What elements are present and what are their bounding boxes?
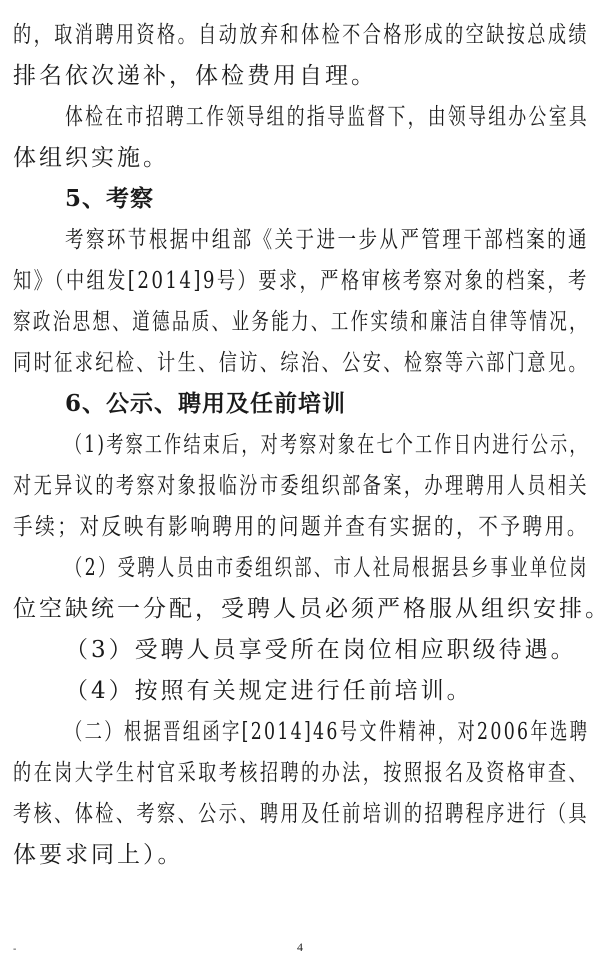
paragraph-line: 体组织实施。 xyxy=(13,145,169,171)
paragraph-line: 考察环节根据中组部《关于进一步从严管理干部档案的通 xyxy=(65,227,589,253)
paragraph-line: 体检在市招聘工作领导组的指导监督下，由领导组办公室具 xyxy=(65,104,589,130)
paragraph-line: （1)考察工作结束后，对考察对象在七个工作日内进行公示， xyxy=(65,432,589,458)
paragraph-line: 排名依次递补，体检费用自理。 xyxy=(13,63,377,89)
paragraph-line: 同时征求纪检、计生、信访、综治、公安、检察等六部门意见。 xyxy=(13,350,589,376)
paragraph-line: （2）受聘人员由市委组织部、市人社局根据县乡事业单位岗 xyxy=(65,555,589,581)
paragraph-line: 手续；对反映有影响聘用的问题并查有实据的，不予聘用。 xyxy=(13,514,589,540)
paragraph-line: 对无异议的考察对象报临汾市委组织部备案，办理聘用人员相关 xyxy=(13,473,589,499)
paragraph-line: 的在岗大学生村官采取考核招聘的办法，按照报名及资格审查、 xyxy=(13,760,589,786)
paragraph-line: 的，取消聘用资格。自动放弃和体检不合格形成的空缺按总成绩 xyxy=(13,22,589,48)
paragraph-line: 察政治思想、道德品质、业务能力、工作实绩和廉洁自律等情况， xyxy=(13,309,589,335)
paragraph-line: 体要求同上）。 xyxy=(13,842,184,868)
paragraph-line: （4）按照有关规定进行任前培训。 xyxy=(65,678,473,704)
paragraph-line: 考核、体检、考察、公示、聘用及任前培训的招聘程序进行（具 xyxy=(13,801,589,827)
footer-mark: - xyxy=(13,944,16,955)
section-heading: 5、考察 xyxy=(65,186,154,212)
paragraph-line: （二）根据晋组函字[2014]46号文件精神，对2006年选聘 xyxy=(65,719,589,745)
paragraph-line: （3）受聘人员享受所在岗位相应职级待遇。 xyxy=(65,637,577,663)
paragraph-line: 知》（中组发[2014]9号）要求，严格审核考察对象的档案，考 xyxy=(13,268,589,294)
paragraph-line: 位空缺统一分配，受聘人员必须严格服从组织安排。 xyxy=(13,596,600,622)
section-heading: 6、公示、聘用及任前培训 xyxy=(65,391,346,417)
page-number: 4 xyxy=(297,940,303,955)
